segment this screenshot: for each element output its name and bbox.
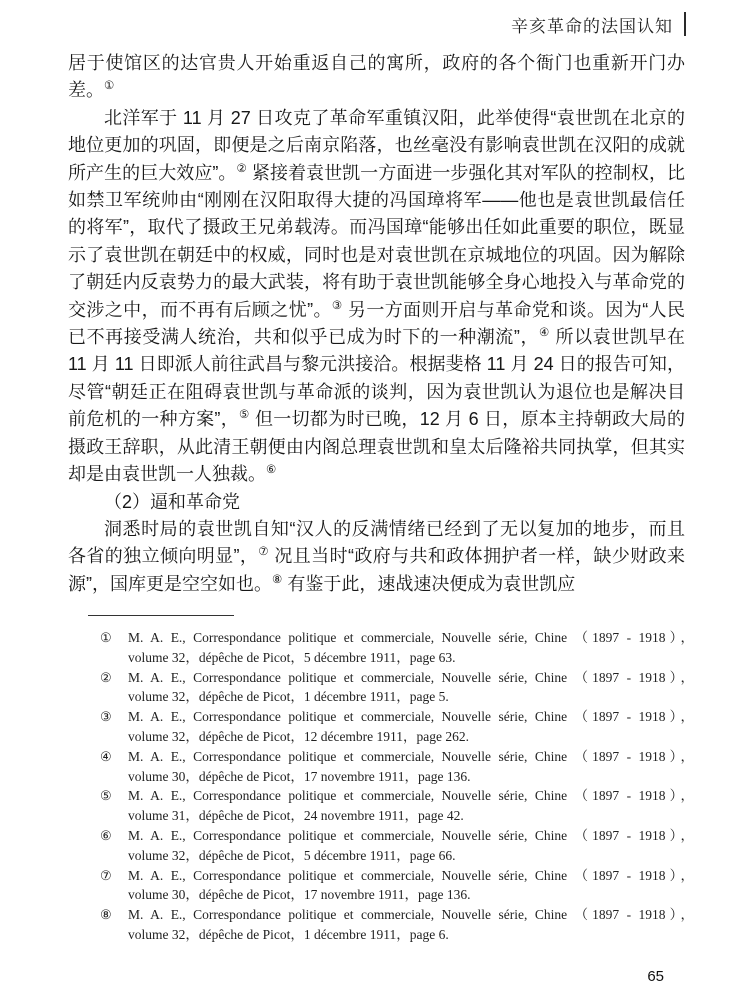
footnote-item-3: ③ M. A. E., Correspondance politique et … [100,707,694,747]
footnote-number: ③ [100,707,128,747]
footnote-ref-2: ② [236,163,246,175]
footnote-item-4: ④ M. A. E., Correspondance politique et … [100,747,694,787]
footnote-citation-line2: volume 32，dépêche de Picot，5 décembre 19… [128,846,694,866]
paragraph-text: 居于使馆区的达官贵人开始重返自己的寓所，政府的各个衙门也重新开门办差。 [68,53,685,100]
book-page: 辛亥革命的法国认知 居于使馆区的达官贵人开始重返自己的寓所，政府的各个衙门也重新… [0,0,750,1000]
footnote-number: ② [100,668,128,708]
subheading-text: （2）逼和革命党 [104,492,240,512]
footnote-citation-line1: M. A. E., Correspondance politique et co… [128,826,694,846]
footnote-citation-line1: M. A. E., Correspondance politique et co… [128,786,694,806]
footnote-item-1: ① M. A. E., Correspondance politique et … [100,628,694,668]
footnote-citation-line2: volume 32，dépêche de Picot，1 décembre 19… [128,925,694,945]
footnote-ref-1: ① [104,80,114,92]
paragraph-insight: 洞悉时局的袁世凯自知“汉人的反满情绪已经到了无以复加的地步，而且各省的独立倾向明… [68,516,685,598]
footnote-citation-line1: M. A. E., Correspondance politique et co… [128,707,694,727]
footnote-item-7: ⑦ M. A. E., Correspondance politique et … [100,866,694,906]
footnote-number: ⑥ [100,826,128,866]
footnotes-section: ① M. A. E., Correspondance politique et … [100,628,694,945]
footnote-number: ⑤ [100,786,128,826]
running-head-rule [684,12,686,36]
running-head: 辛亥革命的法国认知 [0,10,686,38]
footnote-citation-line2: volume 32，dépêche de Picot，12 décembre 1… [128,727,694,747]
footnote-citation-line2: volume 30，dépêche de Picot，17 novembre 1… [128,767,694,787]
running-head-title: 辛亥革命的法国认知 [511,12,673,37]
footnote-ref-5: ⑤ [239,409,250,421]
footnote-item-2: ② M. A. E., Correspondance politique et … [100,668,694,708]
footnote-citation-line1: M. A. E., Correspondance politique et co… [128,747,694,767]
footnote-number: ① [100,628,128,668]
footnote-number: ⑧ [100,905,128,945]
footnote-item-8: ⑧ M. A. E., Correspondance politique et … [100,905,694,945]
paragraph-continued: 居于使馆区的达官贵人开始重返自己的寓所，政府的各个衙门也重新开门办差。① [68,50,685,105]
footnote-citation-line1: M. A. E., Correspondance politique et co… [128,905,694,925]
footnote-ref-8: ⑧ [272,574,282,586]
footnote-item-5: ⑤ M. A. E., Correspondance politique et … [100,786,694,826]
footnote-citation-line2: volume 31，dépêche de Picot，24 novembre 1… [128,806,694,826]
footnote-ref-7: ⑦ [258,546,269,558]
body-text: 居于使馆区的达官贵人开始重返自己的寓所，政府的各个衙门也重新开门办差。① 北洋军… [68,50,685,598]
footnote-citation-line1: M. A. E., Correspondance politique et co… [128,668,694,688]
page-number: 65 [647,968,664,985]
footnote-ref-3: ③ [332,300,343,312]
subheading-force-peace: （2）逼和革命党 [68,489,685,516]
paragraph-text: 有鉴于此，速战速决便成为袁世凯应 [282,574,575,594]
footnote-number: ④ [100,747,128,787]
footnote-ref-4: ④ [539,327,550,339]
footnote-citation-line2: volume 30，dépêche de Picot，17 novembre 1… [128,885,694,905]
paragraph-text: 紧接着袁世凯一方面进一步强化其对军队的控制权，比如禁卫军统帅由“刚刚在汉阳取得大… [68,163,685,320]
paragraph-beiyang: 北洋军于 11 月 27 日攻克了革命军重镇汉阳，此举使得“袁世凯在北京的地位更… [68,105,685,489]
footnote-citation-line2: volume 32，dépêche de Picot，5 décembre 19… [128,648,694,668]
footnote-number: ⑦ [100,866,128,906]
footnote-ref-6: ⑥ [266,464,276,476]
footnote-citation-line1: M. A. E., Correspondance politique et co… [128,866,694,886]
footnote-separator [88,615,234,616]
footnote-item-6: ⑥ M. A. E., Correspondance politique et … [100,826,694,866]
footnote-citation-line2: volume 32，dépêche de Picot，1 décembre 19… [128,687,694,707]
footnote-citation-line1: M. A. E., Correspondance politique et co… [128,628,694,648]
